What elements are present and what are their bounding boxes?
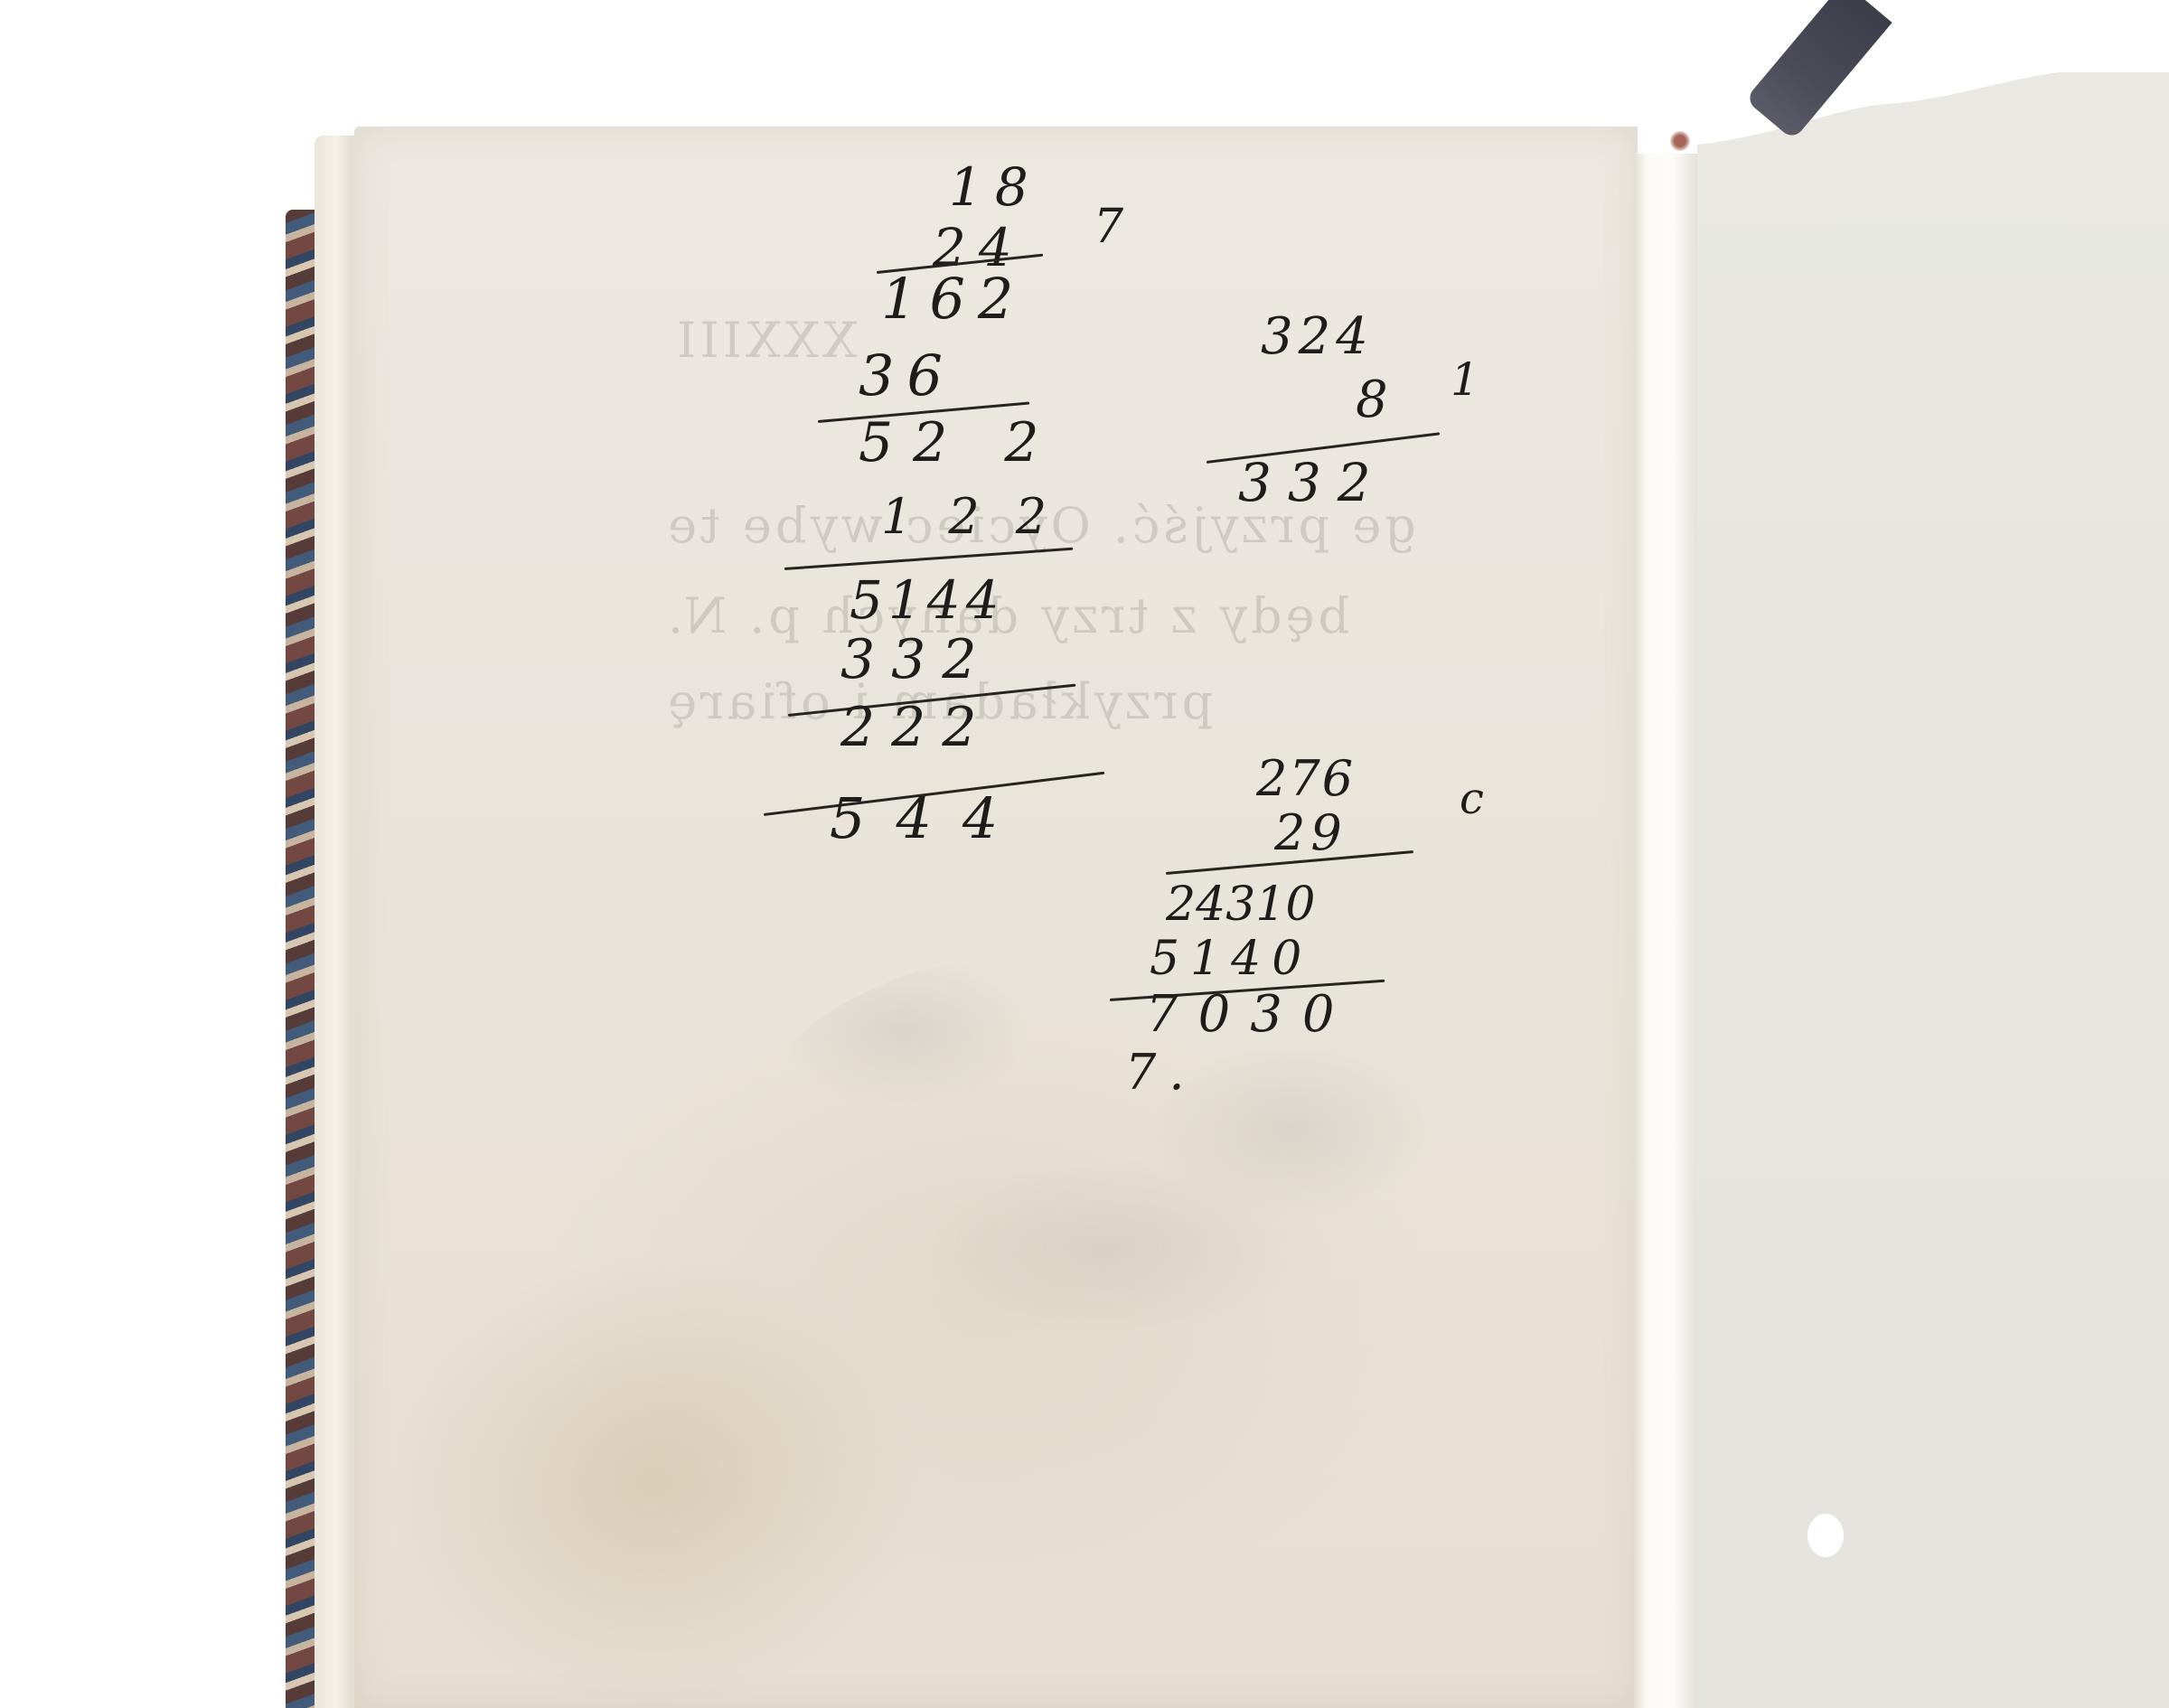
calc1-result: 52 2 xyxy=(859,416,1059,470)
calc2-row-2: 332 xyxy=(840,633,993,687)
calc4-partial-2: 5140 xyxy=(1150,935,1312,982)
show-through-line-1: XXXIII xyxy=(673,312,857,369)
calc1-marker: 7 xyxy=(1094,203,1136,250)
calc4-partial-1: 24310 xyxy=(1166,881,1315,928)
calc2-row-3: 222 xyxy=(840,700,993,755)
right-page-blank xyxy=(1697,72,2169,1708)
calc4-row-2: 29 xyxy=(1274,809,1347,858)
calc3-marker: 1 xyxy=(1451,357,1492,402)
faint-engraving-show-through xyxy=(750,949,1473,1356)
calc4-row-1: 276 xyxy=(1256,755,1355,803)
left-page xyxy=(354,127,1638,1708)
gutter-fold xyxy=(1634,154,1697,1708)
calc4-result: 7030 xyxy=(1146,990,1355,1040)
calc2-result: 544 xyxy=(830,791,1028,847)
calc3-row-1: 324 xyxy=(1261,312,1374,362)
calc2-row-1: 122 xyxy=(881,493,1083,541)
calc2-sum-1: 5144 xyxy=(850,574,1005,626)
show-through-line-3: będy z trzy danych p. N. xyxy=(664,587,1349,644)
light-glare-spot xyxy=(1807,1514,1844,1557)
calc1-row-4: 36 xyxy=(859,348,955,404)
calc1-row-3: 162 xyxy=(881,271,1026,327)
calc3-result: 332 xyxy=(1238,456,1387,509)
headband-nub xyxy=(1670,131,1690,151)
calc1-row-1: 18 xyxy=(949,161,1041,213)
calc4-tail: 7. xyxy=(1125,1048,1197,1097)
calc3-row-2: 8 xyxy=(1356,375,1401,426)
book-photo-scene: XXXIII ge przyjść. Oyciec wybe te będy z… xyxy=(0,0,2169,1708)
calc4-marker: c xyxy=(1460,777,1497,821)
